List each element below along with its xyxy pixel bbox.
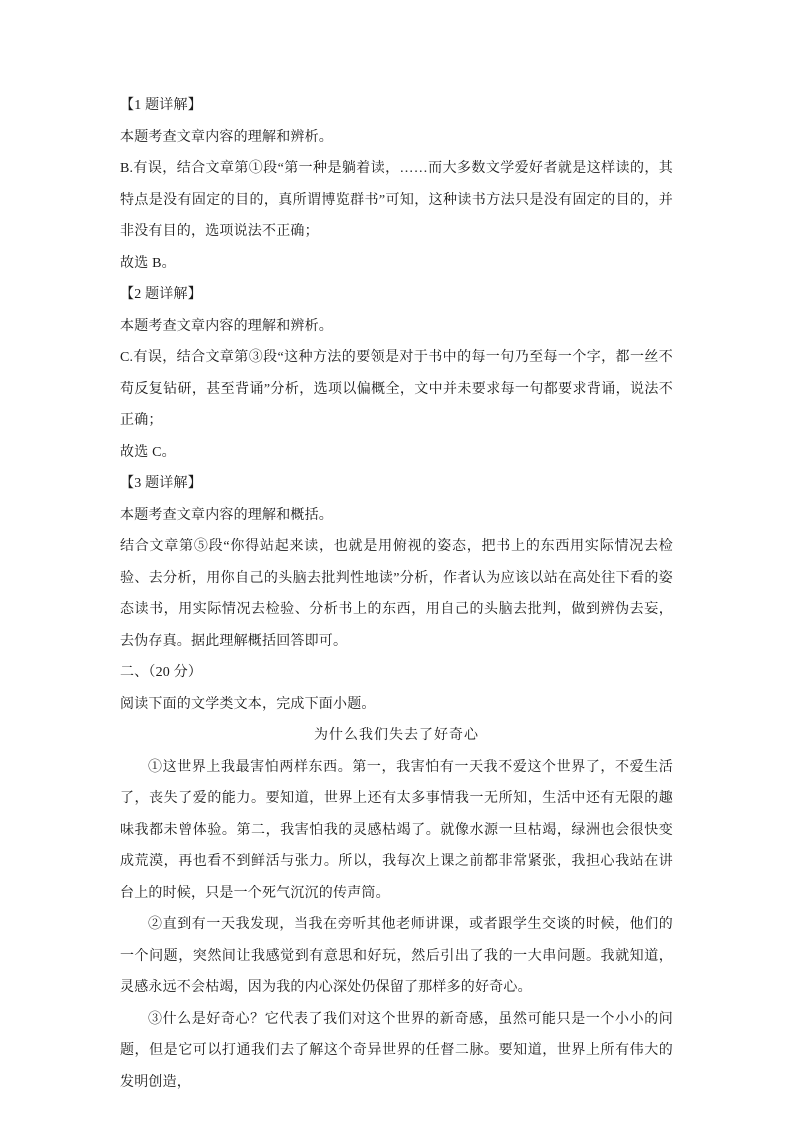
q2-focus-line: 本题考查文章内容的理解和辨析。 — [120, 311, 673, 343]
document-page: { "page": { "background": "#ffffff", "te… — [0, 0, 793, 1122]
document-body: 【1 题详解】 本题考查文章内容的理解和辨析。 B.有误，结合文章第①段“第一种… — [120, 90, 673, 1098]
q2-explanation-heading: 【2 题详解】 — [120, 279, 673, 311]
q3-explanation-heading: 【3 题详解】 — [120, 468, 673, 500]
q1-answer-line: 故选 B。 — [120, 248, 673, 280]
essay-paragraph-1: ①这世界上我最害怕两样东西。第一，我害怕有一天我不爱这个世界了，不爱生活了，丧失… — [120, 752, 673, 910]
q2-answer-line: 故选 C。 — [120, 437, 673, 469]
q2-analysis-option-c: C.有误，结合文章第③段“这种方法的要领是对于书中的每一句乃至每一个字，都一丝不… — [120, 342, 673, 437]
q1-analysis-option-b: B.有误，结合文章第①段“第一种是躺着读，……而大多数文学爱好者就是这样读的，其… — [120, 153, 673, 248]
reading-instruction: 阅读下面的文学类文本，完成下面小题。 — [120, 689, 673, 721]
essay-paragraph-2: ②直到有一天我发现，当我在旁听其他老师讲课，或者跟学生交谈的时候，他们的一个问题… — [120, 909, 673, 1004]
q1-explanation-heading: 【1 题详解】 — [120, 90, 673, 122]
q1-focus-line: 本题考查文章内容的理解和辨析。 — [120, 122, 673, 154]
essay-title: 为什么我们失去了好奇心 — [120, 720, 673, 752]
essay-paragraph-3: ③什么是好奇心？它代表了我们对这个世界的新奇感，虽然可能只是一个小小的问题，但是… — [120, 1004, 673, 1099]
q3-focus-line: 本题考查文章内容的理解和概括。 — [120, 500, 673, 532]
q3-analysis: 结合文章第⑤段“你得站起来读，也就是用俯视的姿态，把书上的东西用实际情况去检验、… — [120, 531, 673, 657]
section-two-label: 二、（20 分） — [120, 657, 673, 689]
